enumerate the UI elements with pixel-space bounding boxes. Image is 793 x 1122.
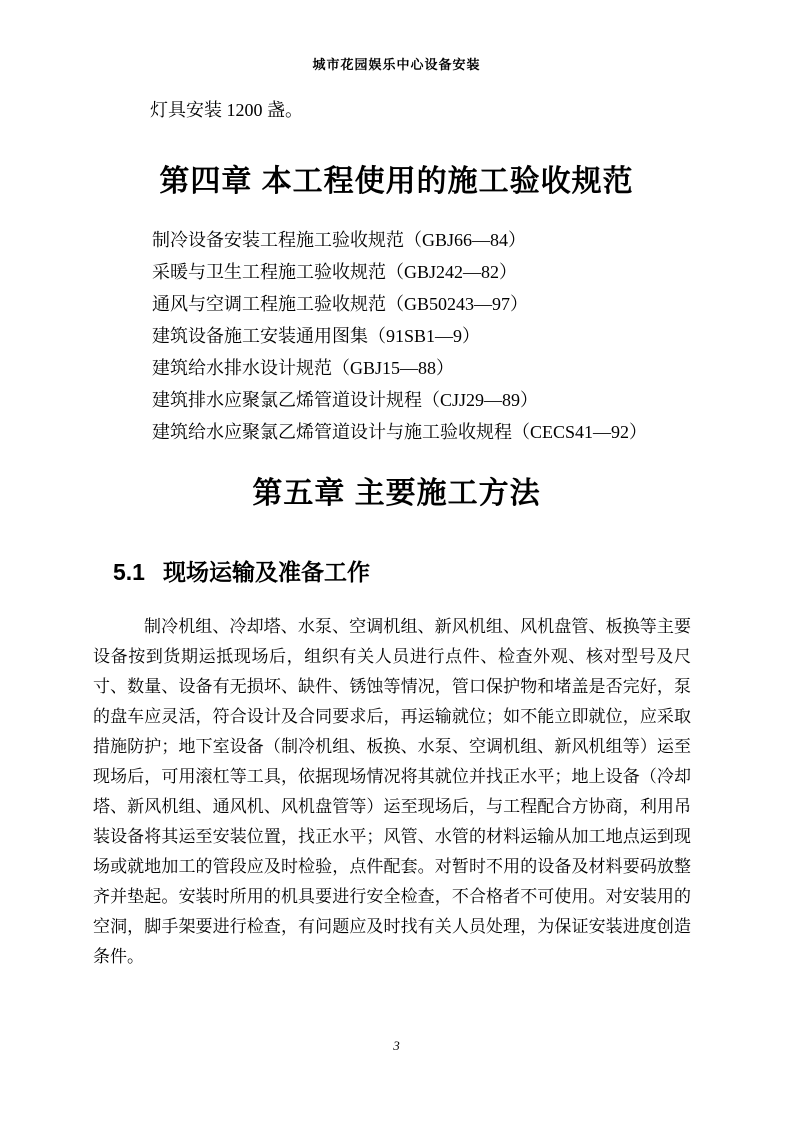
- chapter4-title: 第四章 本工程使用的施工验收规范: [0, 156, 793, 200]
- spec-item: 建筑排水应聚氯乙烯管道设计规程（CJJ29—89）: [152, 384, 647, 416]
- spec-item: 采暖与卫生工程施工验收规范（GBJ242—82）: [152, 256, 647, 288]
- section-5-1-heading: 5.1现场运输及准备工作: [113, 554, 370, 587]
- spec-item: 建筑设备施工安装通用图集（91SB1—9）: [152, 320, 647, 352]
- section-title: 现场运输及准备工作: [163, 559, 370, 585]
- section-number: 5.1: [113, 559, 145, 586]
- body-paragraph: 制冷机组、冷却塔、水泵、空调机组、新风机组、风机盘管、板换等主要设备按到货期运抵…: [93, 612, 691, 972]
- intro-line: 灯具安装 1200 盏。: [150, 96, 303, 122]
- spec-item: 建筑给水排水设计规范（GBJ15—88）: [152, 352, 647, 384]
- spec-item: 通风与空调工程施工验收规范（GB50243—97）: [152, 288, 647, 320]
- chapter5-title: 第五章 主要施工方法: [0, 468, 793, 512]
- spec-list: 制冷设备安装工程施工验收规范（GBJ66—84） 采暖与卫生工程施工验收规范（G…: [152, 224, 647, 448]
- spec-item: 建筑给水应聚氯乙烯管道设计与施工验收规程（CECS41—92）: [152, 416, 647, 448]
- running-header: 城市花园娱乐中心设备安装: [0, 54, 793, 73]
- document-page: 城市花园娱乐中心设备安装 灯具安装 1200 盏。 第四章 本工程使用的施工验收…: [0, 0, 793, 1122]
- spec-item: 制冷设备安装工程施工验收规范（GBJ66—84）: [152, 224, 647, 256]
- page-number: 3: [0, 1038, 793, 1054]
